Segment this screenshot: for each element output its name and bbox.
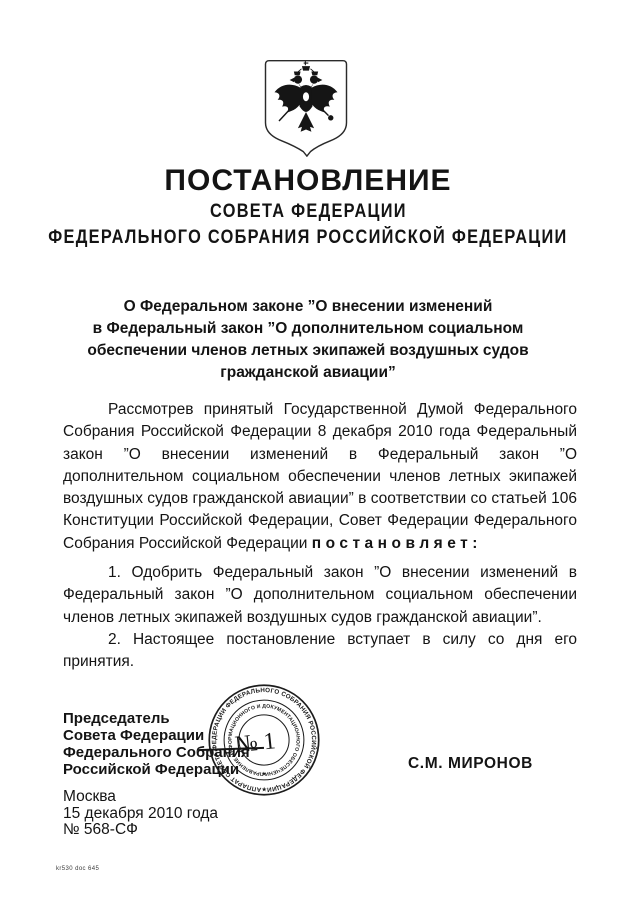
date: 15 декабря 2010 года [63, 806, 218, 823]
footer-file-note: kr530 doc 645 [56, 866, 99, 872]
document-body: Рассмотрев принятый Государственной Думо… [63, 399, 577, 674]
preamble-text: Рассмотрев принятый Государственной Думо… [63, 401, 577, 552]
city: Москва [63, 789, 218, 806]
org-name-line2-wrap: ФЕДЕРАЛЬНОГО СОБРАНИЯ РОССИЙСКОЙ ФЕДЕРАЦ… [0, 228, 616, 247]
stamp-star-icon: ★ [261, 786, 267, 793]
resolution-item-1: 1. Одобрить Федеральный закон ”О внесени… [63, 562, 577, 629]
decree-word: постановляет: [312, 535, 482, 552]
document-title: ПОСТАНОВЛЕНИЕ [0, 166, 616, 196]
org-name-line2: ФЕДЕРАЛЬНОГО СОБРАНИЯ РОССИЙСКОЙ ФЕДЕРАЦ… [48, 228, 567, 247]
org-name-line1-wrap: СОВЕТА ФЕДЕРАЦИИ [0, 202, 616, 221]
subject-heading: О Федеральном законе ”О внесении изменен… [38, 296, 578, 384]
registration-stamp-icon: АППАРАТ СОВЕТА ФЕДЕРАЦИИ ФЕДЕРАЛЬНОГО СО… [207, 683, 321, 797]
preamble-paragraph: Рассмотрев принятый Государственной Думо… [63, 399, 577, 555]
place-date-block: Москва 15 декабря 2010 года № 568-СФ [63, 789, 218, 839]
org-name-line1: СОВЕТА ФЕДЕРАЦИИ [210, 202, 407, 221]
stamp-star-icon: ★ [261, 770, 266, 777]
resolution-item-2: 2. Настоящее постановление вступает в си… [63, 629, 577, 674]
document-number: № 568-СФ [63, 822, 218, 839]
coat-of-arms-icon [261, 58, 351, 157]
document-page: ПОСТАНОВЛЕНИЕ СОВЕТА ФЕДЕРАЦИИ ФЕДЕРАЛЬН… [0, 0, 640, 905]
stamp-center-number: № 1 [234, 728, 277, 758]
signatory-name: С.М. МИРОНОВ [408, 755, 533, 773]
